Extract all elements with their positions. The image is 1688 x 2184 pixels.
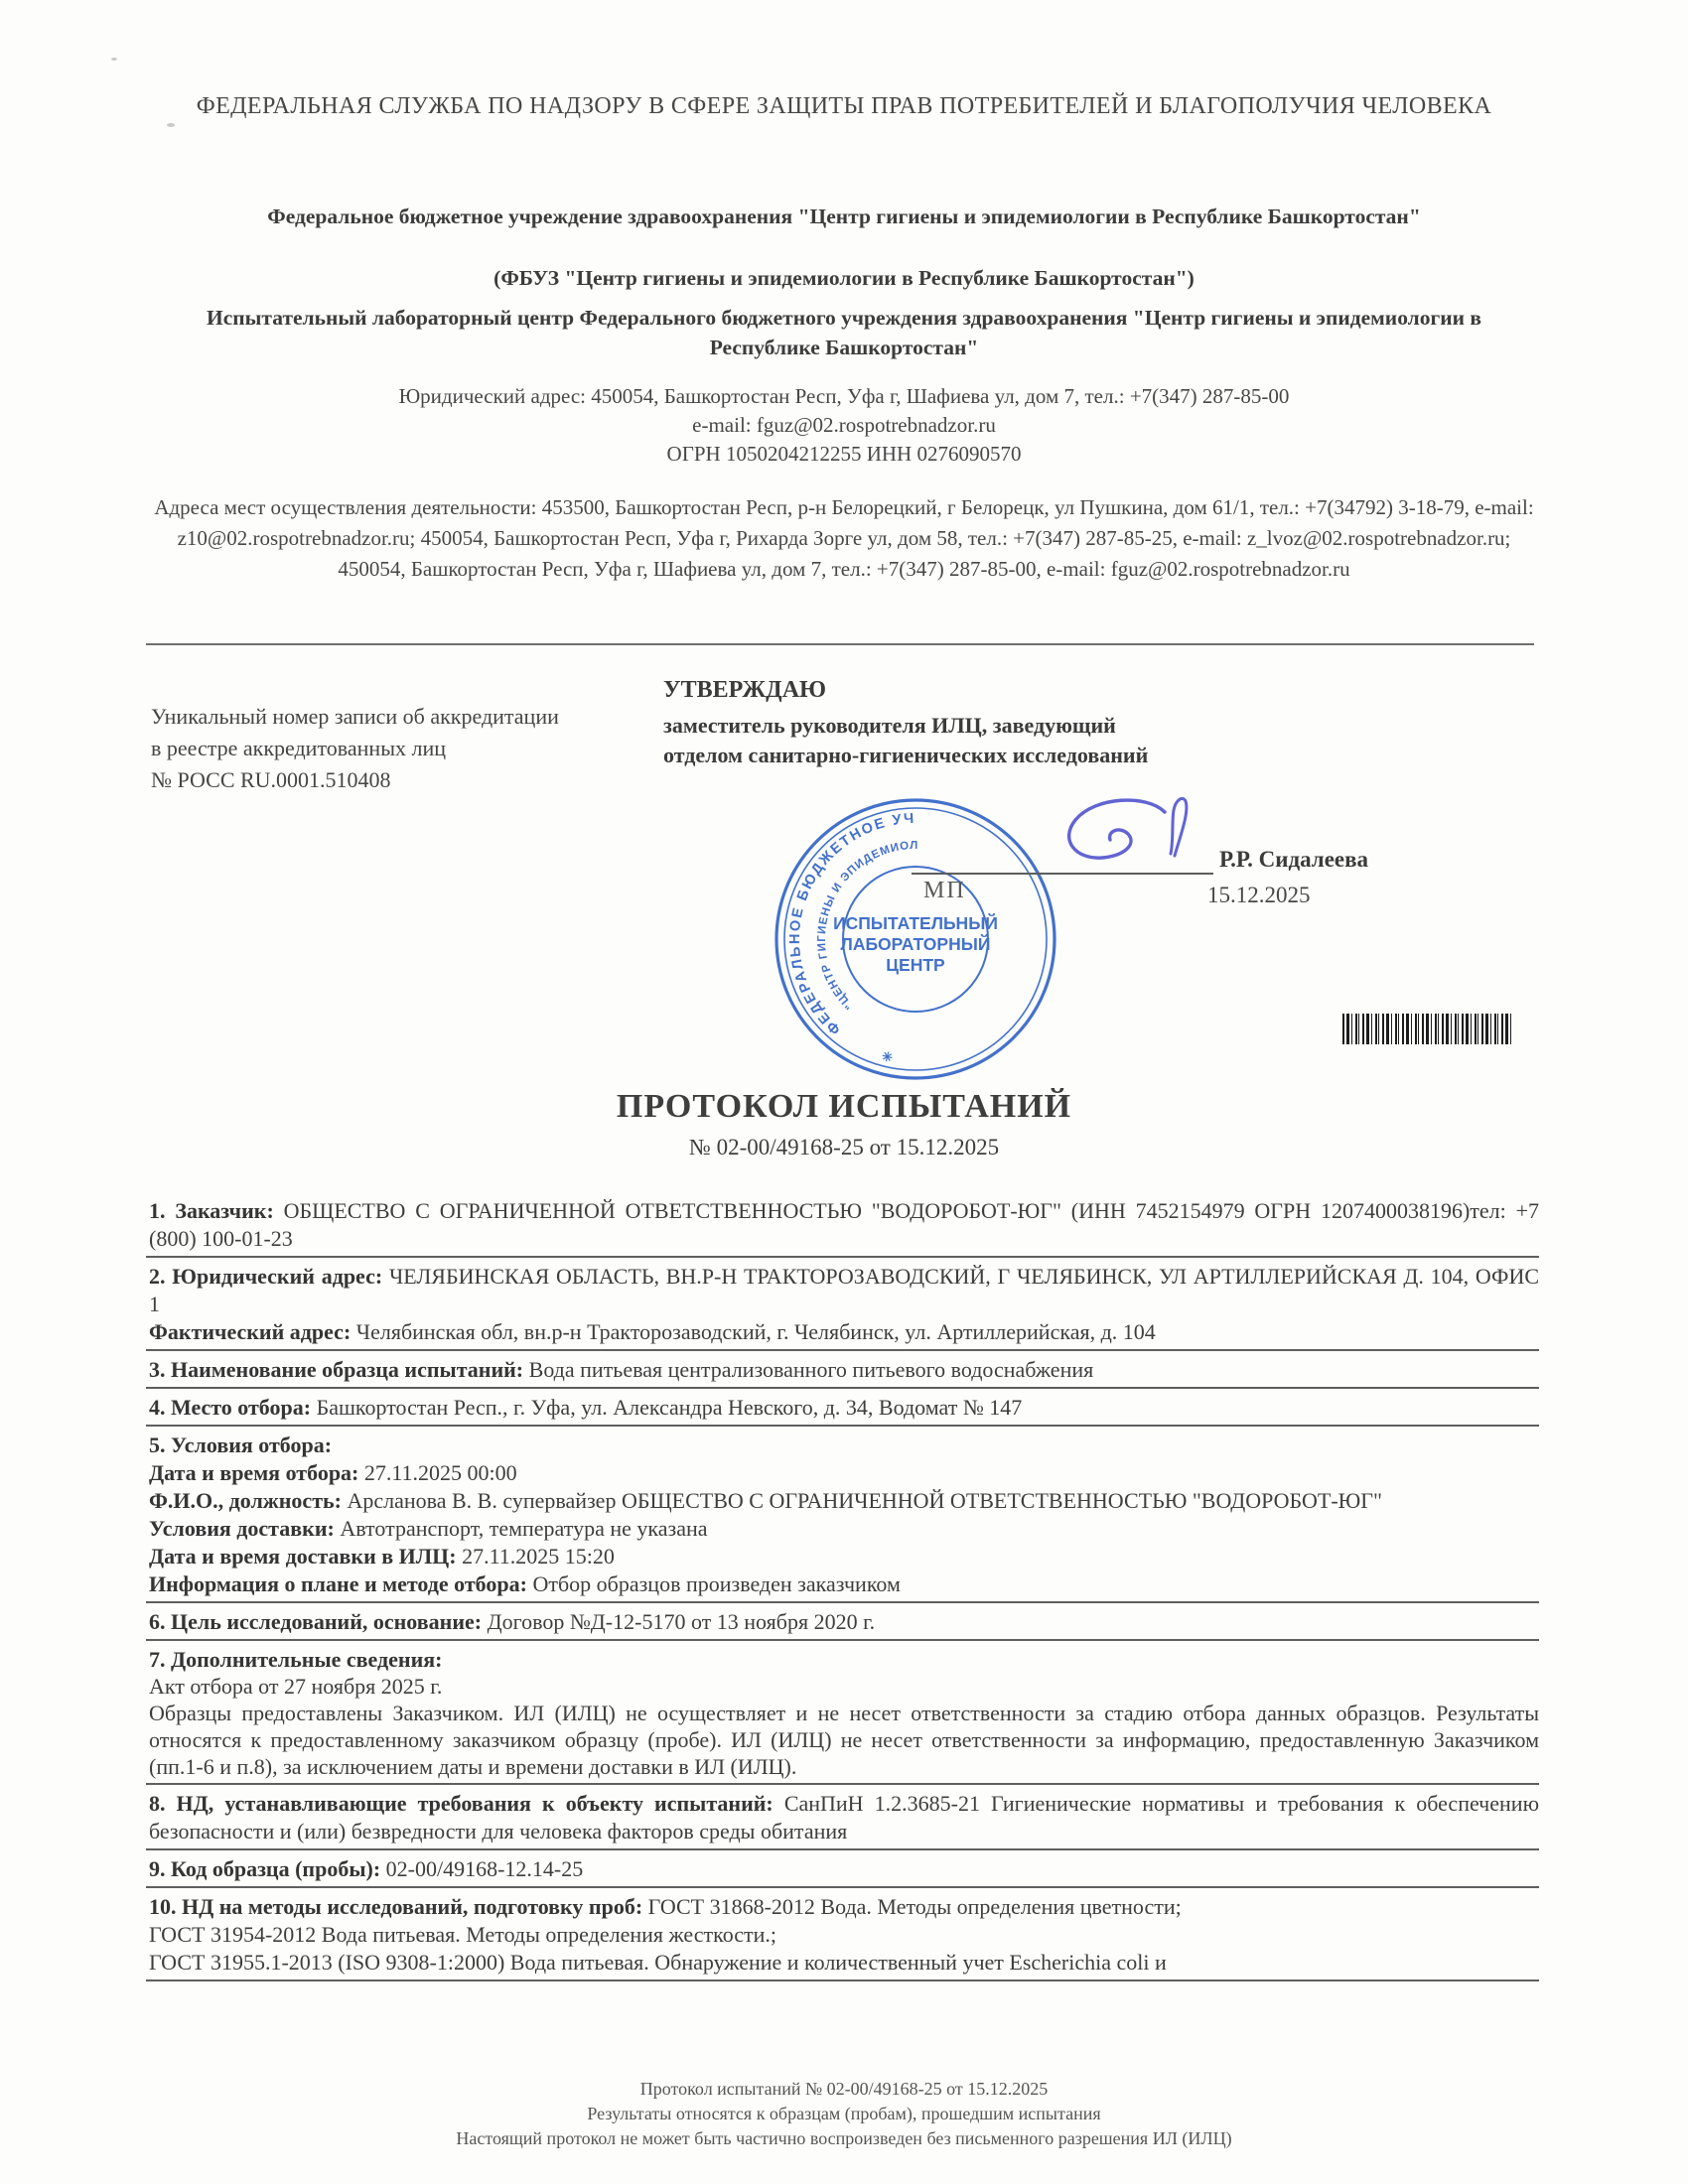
round-stamp: ФЕДЕРАЛЬНОЕ БЮДЖЕТНОЕ УЧРЕЖДЕНИЕ ЗДРАВОО… xyxy=(767,790,1064,1088)
footer-reproduction-note: Настоящий протокол не может быть частичн… xyxy=(149,2126,1539,2151)
approval-position-line: отделом санитарно-гигиенических исследов… xyxy=(663,741,1148,770)
section-label: 6. Цель исследований, основание: xyxy=(149,1609,482,1634)
section-divider xyxy=(146,1387,1539,1389)
section-label: 4. Место отбора: xyxy=(149,1395,311,1420)
organization-short-name: (ФБУЗ "Центр гигиены и эпидемиологии в Р… xyxy=(149,266,1539,291)
section-actual-address: Фактический адрес: Челябинская обл, вн.р… xyxy=(149,1318,1539,1346)
section-divider xyxy=(146,1848,1539,1850)
stamp-place-label: МП xyxy=(923,878,966,904)
section-value: 02-00/49168-12.14-25 xyxy=(386,1856,584,1881)
field-value: Арсланова В. В. супервайзер ОБЩЕСТВО С О… xyxy=(347,1488,1382,1513)
field-label: Ф.И.О., должность: xyxy=(149,1488,342,1513)
header-divider xyxy=(146,643,1534,645)
methods-line: 10. НД на методы исследований, подготовк… xyxy=(149,1893,1539,1921)
activity-addresses: Адреса мест осуществления деятельности: … xyxy=(149,492,1539,585)
section-requirements-nd: 8. НД, устанавливающие требования к объе… xyxy=(149,1790,1539,1845)
approval-date: 15.12.2025 xyxy=(1207,883,1311,908)
delivery-datetime: Дата и время доставки в ИЛЦ: 27.11.2025 … xyxy=(149,1543,1539,1570)
stamp-center-line: ИСПЫТАТЕЛЬНЫЙ xyxy=(833,912,998,933)
section-divider xyxy=(146,1783,1539,1785)
sampling-datetime: Дата и время отбора: 27.11.2025 00:00 xyxy=(149,1459,1539,1487)
field-label: Дата и время доставки в ИЛЦ: xyxy=(149,1544,457,1569)
handwritten-signature xyxy=(1048,792,1216,877)
section-value: ОБЩЕСТВО С ОГРАНИЧЕННОЙ ОТВЕТСТВЕННОСТЬЮ… xyxy=(149,1198,1539,1251)
stamp-bottom-mark: ✳ xyxy=(881,1048,895,1065)
section-divider xyxy=(146,1601,1539,1603)
section-label: 9. Код образца (пробы): xyxy=(149,1856,380,1881)
section-legal-address: 2. Юридический адрес: ЧЕЛЯБИНСКАЯ ОБЛАСТ… xyxy=(149,1263,1539,1318)
section-label: 8. НД, устанавливающие требования к объе… xyxy=(149,1791,774,1816)
footer-results-note: Результаты относятся к образцам (пробам)… xyxy=(149,2102,1539,2126)
section-divider xyxy=(146,1979,1539,1981)
stamp-center-line: ЦЕНТР xyxy=(886,955,945,975)
delivery-conditions: Условия доставки: Автотранспорт, темпера… xyxy=(149,1515,1539,1543)
field-value: Автотранспорт, температура не указана xyxy=(340,1516,707,1541)
field-label: Дата и время отбора: xyxy=(149,1460,358,1485)
sampler-name-position: Ф.И.О., должность: Арсланова В. В. супер… xyxy=(149,1487,1539,1515)
accreditation-line: в реестре аккредитованных лиц xyxy=(151,733,559,764)
field-label: Информация о плане и методе отбора: xyxy=(149,1571,527,1596)
section-divider xyxy=(146,1349,1539,1351)
approval-position-line: заместитель руководителя ИЛЦ, заведующий xyxy=(663,711,1148,741)
approval-title: УТВЕРЖДАЮ xyxy=(663,677,1148,704)
section-label: 3. Наименование образца испытаний: xyxy=(149,1357,523,1382)
legal-address: Юридический адрес: 450054, Башкортостан … xyxy=(149,382,1539,411)
field-value: 27.11.2025 15:20 xyxy=(462,1544,615,1569)
methods-line: ГОСТ 31955.1-2013 (ISO 9308-1:2000) Вода… xyxy=(149,1949,1539,1977)
field-value: Отбор образцов произведен заказчиком xyxy=(532,1571,900,1596)
section-label: Фактический адрес: xyxy=(149,1319,351,1344)
sampling-plan-info: Информация о плане и методе отбора: Отбо… xyxy=(149,1570,1539,1598)
scan-artifact xyxy=(167,123,175,127)
section-sampling-place: 4. Место отбора: Башкортостан Респ., г. … xyxy=(149,1394,1539,1422)
section-label: 5. Условия отбора: xyxy=(149,1433,332,1457)
footer-protocol-number: Протокол испытаний № 02-00/49168-25 от 1… xyxy=(149,2077,1539,2102)
section-label-row: 7. Дополнительные сведения: xyxy=(149,1646,1539,1673)
section-purpose: 6. Цель исследований, основание: Договор… xyxy=(149,1608,1539,1636)
section-value: ГОСТ 31868-2012 Вода. Методы определения… xyxy=(648,1894,1182,1919)
accreditation-line: Уникальный номер записи об аккредитации xyxy=(151,701,559,733)
scanned-protocol-page: ФЕДЕРАЛЬНАЯ СЛУЖБА ПО НАДЗОРУ В СФЕРЕ ЗА… xyxy=(0,0,1688,2184)
page-footer: Протокол испытаний № 02-00/49168-25 от 1… xyxy=(149,2077,1539,2151)
legal-address-block: Юридический адрес: 450054, Башкортостан … xyxy=(149,382,1539,469)
federal-service-heading: ФЕДЕРАЛЬНАЯ СЛУЖБА ПО НАДЗОРУ В СФЕРЕ ЗА… xyxy=(149,91,1539,122)
ogrn-inn: ОГРН 1050204212255 ИНН 0276090570 xyxy=(149,440,1539,469)
section-value: Челябинская обл, вн.р-н Тракторозаводски… xyxy=(356,1319,1156,1344)
email: e-mail: fguz@02.rospotrebnadzor.ru xyxy=(149,411,1539,440)
section-sample-name: 3. Наименование образца испытаний: Вода … xyxy=(149,1356,1539,1384)
testing-lab-center-name: Испытательный лабораторный центр Федерал… xyxy=(149,303,1539,362)
section-divider xyxy=(146,1425,1539,1427)
section-sampling-conditions: 5. Условия отбора: xyxy=(149,1432,1539,1459)
section-label: 7. Дополнительные сведения: xyxy=(149,1647,442,1672)
section-label: 1. Заказчик: xyxy=(149,1198,274,1223)
section-divider xyxy=(146,1639,1539,1641)
section-value: Договор №Д-12-5170 от 13 ноября 2020 г. xyxy=(488,1609,876,1634)
section-customer: 1. Заказчик: ОБЩЕСТВО С ОГРАНИЧЕННОЙ ОТВ… xyxy=(149,1197,1539,1253)
organization-full-name: Федеральное бюджетное учреждение здравоо… xyxy=(149,202,1539,231)
methods-line: ГОСТ 31954-2012 Вода питьевая. Методы оп… xyxy=(149,1921,1539,1949)
field-value: 27.11.2025 00:00 xyxy=(364,1460,517,1485)
section-value: Башкортостан Респ., г. Уфа, ул. Александ… xyxy=(317,1395,1023,1420)
field-label: Условия доставки: xyxy=(149,1516,335,1541)
section-label: 10. НД на методы исследований, подготовк… xyxy=(149,1894,642,1919)
section-label: 2. Юридический адрес: xyxy=(149,1264,382,1289)
section-divider xyxy=(146,1886,1539,1888)
stamp-center-line: ЛАБОРАТОРНЫЙ xyxy=(841,933,991,954)
accreditation-block: Уникальный номер записи об аккредитации … xyxy=(151,701,559,796)
section-sample-code: 9. Код образца (пробы): 02-00/49168-12.1… xyxy=(149,1855,1539,1883)
approval-block: УТВЕРЖДАЮ заместитель руководителя ИЛЦ, … xyxy=(663,677,1148,770)
protocol-body: 1. Заказчик: ОБЩЕСТВО С ОГРАНИЧЕННОЙ ОТВ… xyxy=(149,1197,1539,1986)
protocol-title: ПРОТОКОЛ ИСПЫТАНИЙ xyxy=(149,1088,1539,1126)
signer-name: Р.Р. Сидалеева xyxy=(1219,847,1368,873)
section-value: Вода питьевая централизованного питьевог… xyxy=(529,1357,1094,1382)
scan-artifact xyxy=(111,58,117,61)
barcode xyxy=(1342,1014,1513,1044)
accreditation-number: № РОСС RU.0001.510408 xyxy=(151,764,559,796)
protocol-title-block: ПРОТОКОЛ ИСПЫТАНИЙ № 02-00/49168-25 от 1… xyxy=(149,1088,1539,1160)
section-methods-nd: 10. НД на методы исследований, подготовк… xyxy=(149,1893,1539,1977)
disclaimer-paragraph: Образцы предоставлены Заказчиком. ИЛ (ИЛ… xyxy=(149,1700,1539,1780)
section-divider xyxy=(146,1256,1539,1258)
protocol-number: № 02-00/49168-25 от 15.12.2025 xyxy=(149,1135,1539,1160)
svg-text:✳: ✳ xyxy=(881,1048,895,1065)
section-additional-info: 7. Дополнительные сведения: Акт отбора о… xyxy=(149,1646,1539,1780)
sampling-act-line: Акт отбора от 27 ноября 2025 г. xyxy=(149,1673,1539,1700)
